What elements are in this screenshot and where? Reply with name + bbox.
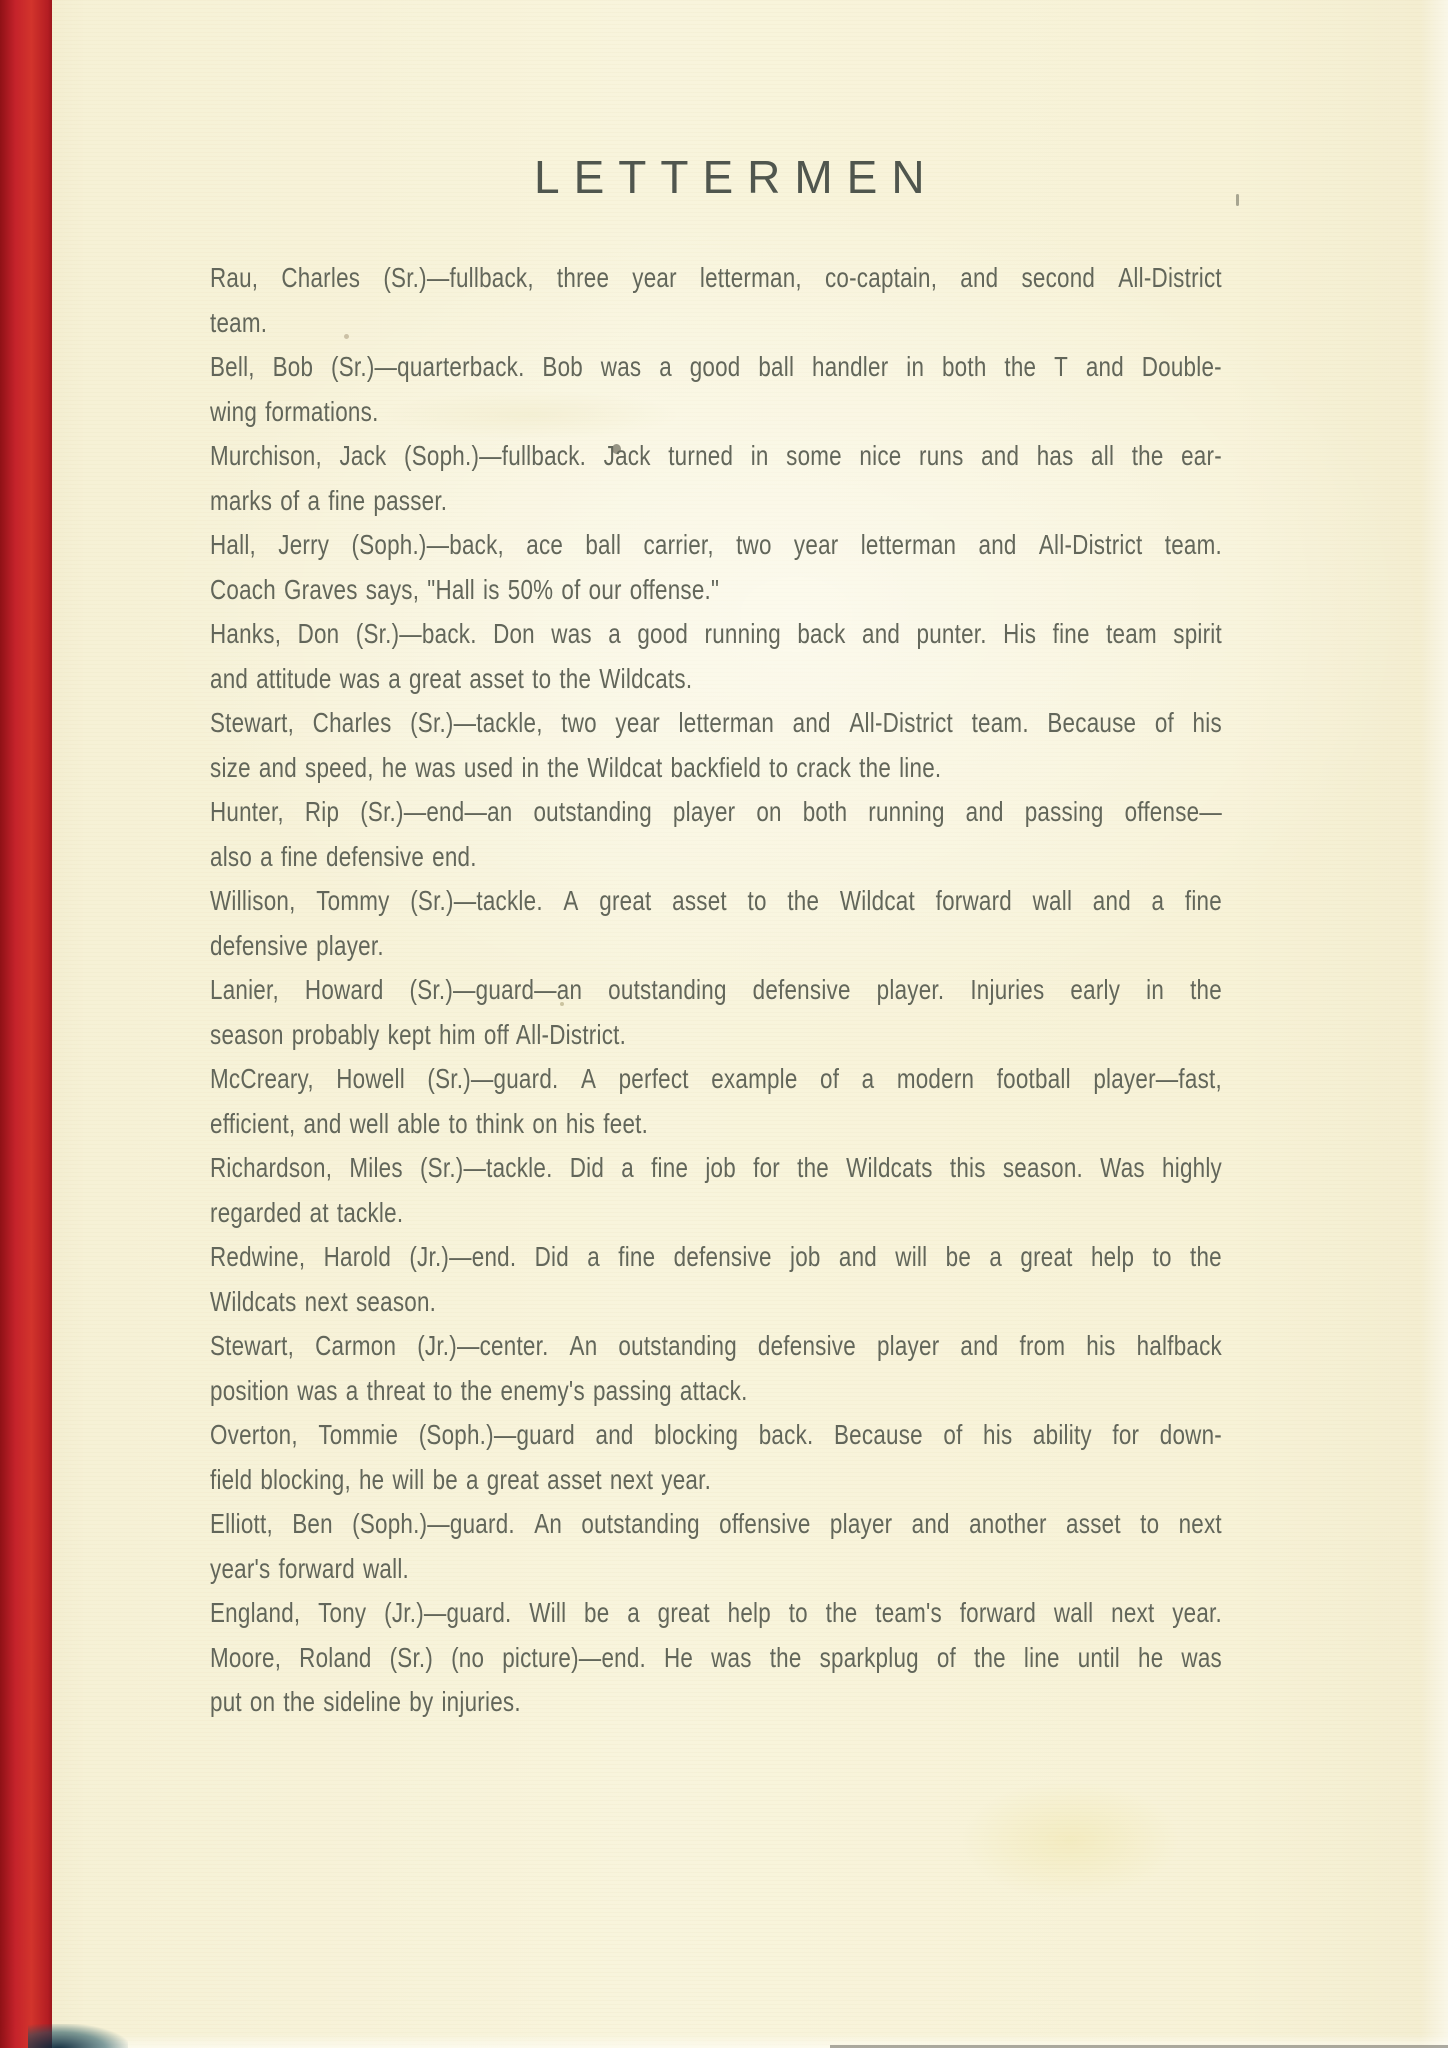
text-line: England,Tony(Jr.)—guard.Willbeagreathelp… bbox=[210, 1591, 1222, 1636]
text-line: wing formations. bbox=[210, 390, 1222, 435]
text-line: Lanier,Howard(Sr.)—guard—anoutstandingde… bbox=[210, 968, 1222, 1013]
text-line: position was a threat to the enemy's pas… bbox=[210, 1369, 1222, 1414]
page-edge-red-strip bbox=[0, 0, 52, 2048]
text-line: defensive player. bbox=[210, 924, 1222, 969]
text-line: efficient, and well able to think on his… bbox=[210, 1102, 1222, 1147]
paper-stain bbox=[960, 1780, 1180, 1900]
text-line: Rau,Charles(Sr.)—fullback,threeyearlette… bbox=[210, 256, 1222, 301]
text-line: Murchison,Jack(Soph.)—fullback.Jackturne… bbox=[210, 434, 1222, 479]
page-right-light-edge bbox=[1420, 0, 1448, 2048]
text-line: also a fine defensive end. bbox=[210, 835, 1222, 880]
text-line: Redwine,Harold(Jr.)—end.Didafinedefensiv… bbox=[210, 1235, 1222, 1280]
text-line: Moore,Roland(Sr.)(nopicture)—end.Hewasth… bbox=[210, 1636, 1222, 1681]
text-line: regarded at tackle. bbox=[210, 1191, 1222, 1236]
text-line: Elliott,Ben(Soph.)—guard.Anoutstandingof… bbox=[210, 1502, 1222, 1547]
text-line: Bell,Bob(Sr.)—quarterback.Bobwasagoodbal… bbox=[210, 345, 1222, 390]
text-line: team. bbox=[210, 301, 1222, 346]
text-line: and attitude was a great asset to the Wi… bbox=[210, 657, 1222, 702]
text-line: put on the sideline by injuries. bbox=[210, 1680, 1222, 1725]
text-line: McCreary,Howell(Sr.)—guard.Aperfectexamp… bbox=[210, 1057, 1222, 1102]
text-line: Hall,Jerry(Soph.)—back,aceballcarrier,tw… bbox=[210, 523, 1222, 568]
text-line: year's forward wall. bbox=[210, 1547, 1222, 1592]
text-line: Willison,Tommy(Sr.)—tackle.Agreatassetto… bbox=[210, 879, 1222, 924]
ink-speck bbox=[1236, 194, 1239, 206]
text-line: Coach Graves says, "Hall is 50% of our o… bbox=[210, 568, 1222, 613]
text-line: Richardson,Miles(Sr.)—tackle.Didafinejob… bbox=[210, 1146, 1222, 1191]
text-line: Stewart,Carmon(Jr.)—center.Anoutstanding… bbox=[210, 1324, 1222, 1369]
text-line: Overton,Tommie(Soph.)—guardandblockingba… bbox=[210, 1413, 1222, 1458]
text-line: season probably kept him off All-Distric… bbox=[210, 1013, 1222, 1058]
page-title: LETTERMEN bbox=[534, 150, 939, 204]
text-line: Stewart,Charles(Sr.)—tackle,twoyearlette… bbox=[210, 701, 1222, 746]
text-line: size and speed, he was used in the Wildc… bbox=[210, 746, 1222, 791]
text-line: Wildcats next season. bbox=[210, 1280, 1222, 1325]
scan-corner-smudge bbox=[28, 2024, 128, 2048]
text-line: Hunter,Rip(Sr.)—end—anoutstandingplayero… bbox=[210, 790, 1222, 835]
text-block: Rau,Charles(Sr.)—fullback,threeyearlette… bbox=[210, 256, 1222, 1725]
text-line: marks of a fine passer. bbox=[210, 479, 1222, 524]
text-line: Hanks,Don(Sr.)—back.Donwasagoodrunningba… bbox=[210, 612, 1222, 657]
text-line: field blocking, he will be a great asset… bbox=[210, 1458, 1222, 1503]
yearbook-page: LETTERMEN Rau,Charles(Sr.)—fullback,thre… bbox=[0, 0, 1448, 2048]
